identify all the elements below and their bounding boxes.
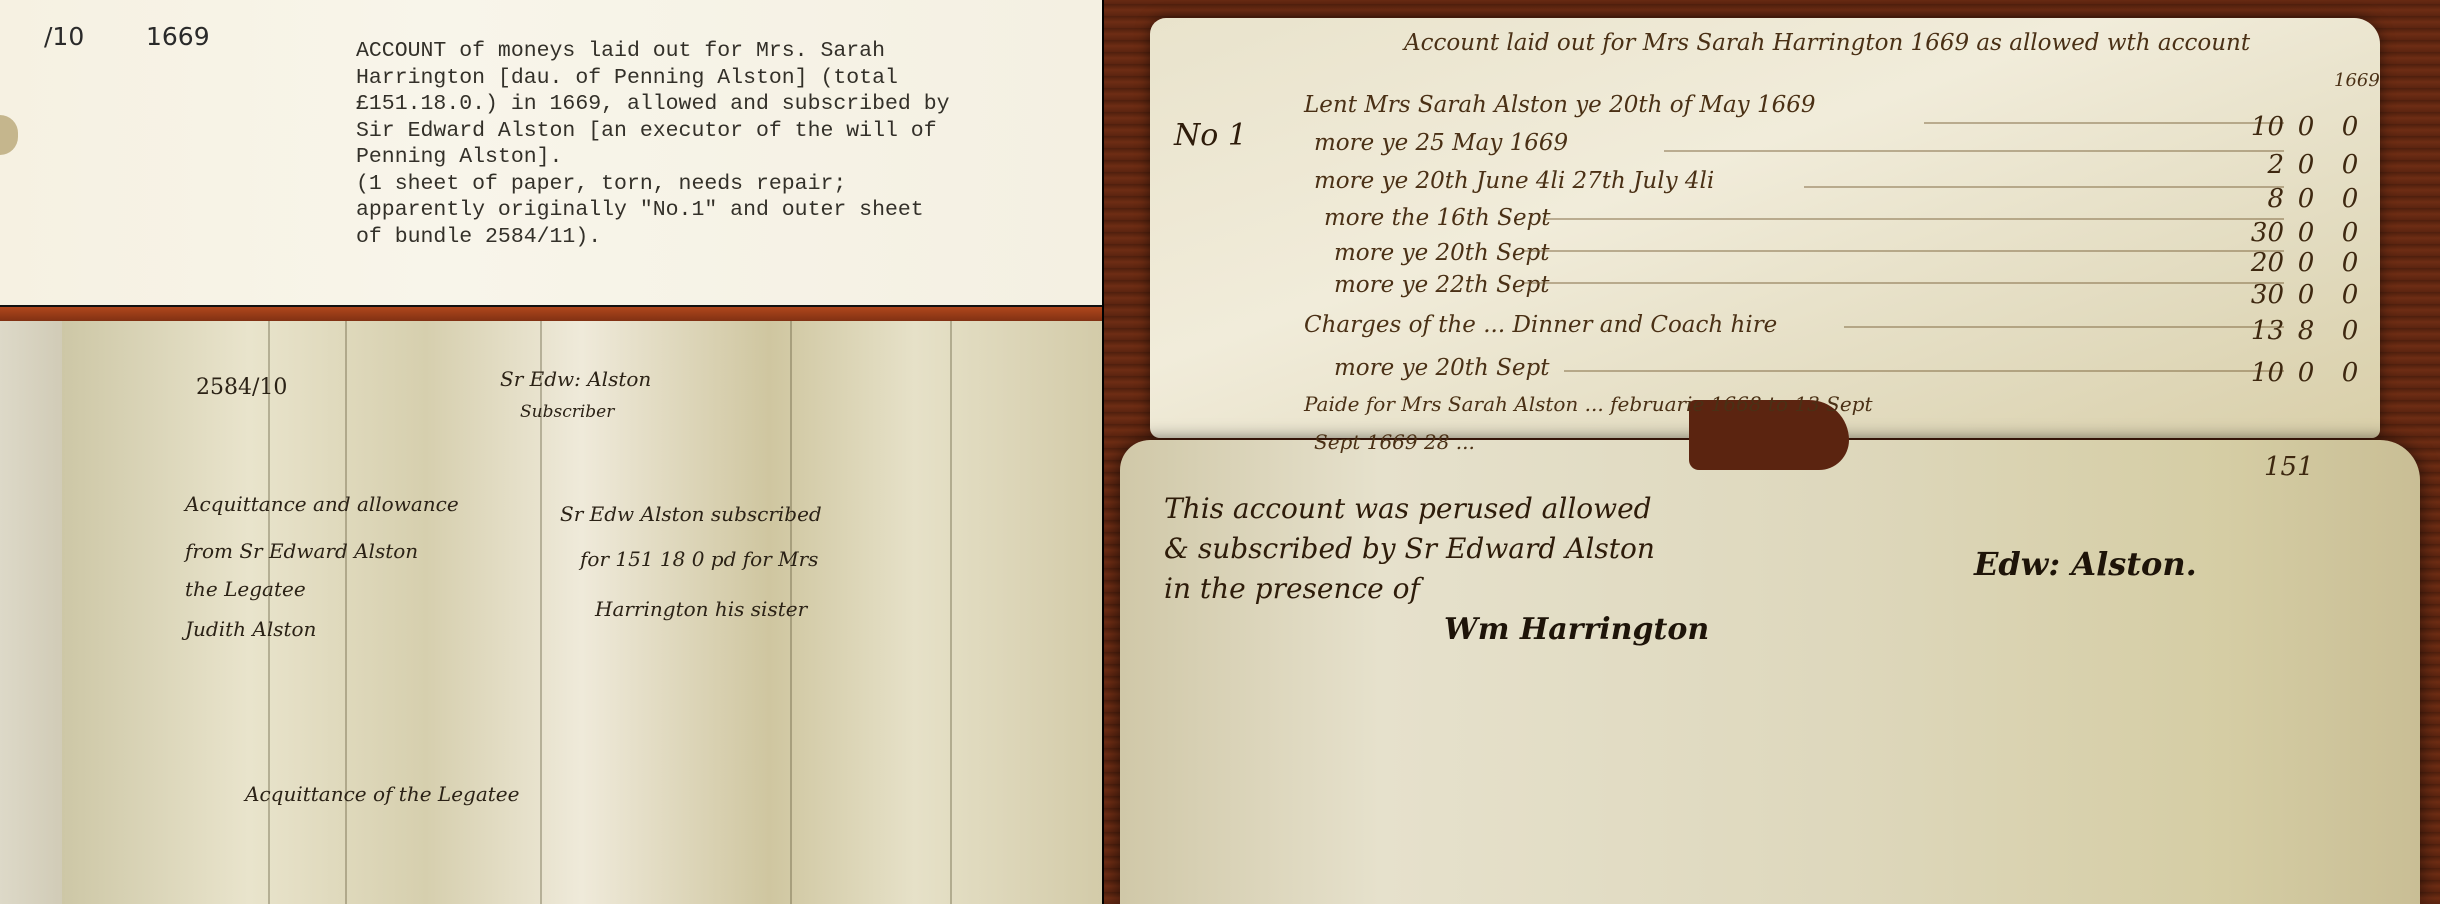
- docket-shelfmark: 2584/10: [196, 375, 287, 400]
- fold-crease: [268, 321, 270, 904]
- attestation-line: & subscribed by Sr Edward Alston: [1164, 532, 1655, 565]
- fold-crease: [345, 321, 347, 904]
- sheet-number-label: No 1: [1174, 118, 1247, 153]
- docket-left-line: the Legatee: [185, 577, 306, 601]
- manuscript-heading: Account laid out for Mrs Sarah Harringto…: [1404, 30, 2250, 56]
- docket-right-line: Harrington his sister: [595, 597, 807, 621]
- alston-signature: Edw: Alston.: [1974, 545, 2197, 583]
- docket-left-line: from Sr Edward Alston: [185, 539, 418, 563]
- amount-column-header: 1669: [2334, 70, 2380, 91]
- entry-text: Charges of the ... Dinner and Coach hire: [1304, 312, 1777, 338]
- catalogue-description: ACCOUNT of moneys laid out for Mrs. Sara…: [356, 38, 1056, 250]
- docket-left-line: Judith Alston: [185, 617, 316, 641]
- attestation-line: This account was perused allowed: [1164, 492, 1652, 525]
- catalogue-entry-card: /10 1669 ACCOUNT of moneys laid out for …: [0, 0, 1102, 305]
- entry-text: more ye 20th June 4li 27th July 4li: [1314, 168, 1714, 194]
- entry-amount: 200: [2224, 150, 2372, 180]
- entry-amount: 800: [2224, 184, 2372, 214]
- docket-right-line: Subscriber: [520, 402, 614, 422]
- docket-right-line: for 151 18 0 pd for Mrs: [580, 547, 818, 571]
- entry-text: Paide for Mrs Sarah Alston ... februarie…: [1304, 392, 1873, 416]
- attestation-line: in the presence of: [1164, 572, 1420, 605]
- manuscript-account-photo: Account laid out for Mrs Sarah Harringto…: [1104, 0, 2440, 904]
- entry-text: Sept 1669 28 ...: [1314, 430, 1475, 454]
- entry-rule: [1524, 282, 2284, 284]
- folded-docket-photo: 2584/10 Acquittance and allowance from S…: [0, 307, 1102, 904]
- entry-amount: 1380: [2224, 316, 2372, 346]
- entry-rule: [1524, 250, 2284, 252]
- entry-amount: 1000: [2224, 358, 2372, 388]
- entry-rule: [1804, 186, 2284, 188]
- entry-total: 151: [2264, 452, 2314, 482]
- entry-rule: [1564, 370, 2284, 372]
- entry-text: more ye 22th Sept: [1334, 272, 1549, 298]
- reference-number: /10: [44, 22, 84, 51]
- paper-stain: [0, 115, 18, 155]
- docket-right-line: Sr Edw Alston subscribed: [560, 502, 822, 526]
- entry-rule: [1844, 326, 2284, 328]
- entry-rule: [1664, 150, 2284, 152]
- docket-left-line: Acquittance and allowance: [185, 492, 459, 516]
- entry-text: more the 16th Sept: [1324, 205, 1551, 231]
- entry-text: more ye 20th Sept: [1334, 240, 1549, 266]
- entry-text: more ye 25 May 1669: [1314, 130, 1568, 156]
- reference-year: 1669: [146, 22, 210, 51]
- entry-text: more ye 20th Sept: [1334, 355, 1549, 381]
- entry-amount: 2000: [2224, 248, 2372, 278]
- fold-crease: [950, 321, 952, 904]
- entry-amount: 3000: [2224, 218, 2372, 248]
- entry-amount: 3000: [2224, 280, 2372, 310]
- entry-rule: [1544, 218, 2284, 220]
- docket-bottom-note: Acquittance of the Legatee: [245, 782, 519, 806]
- entry-amount: 1000: [2224, 112, 2372, 142]
- entry-text: Lent Mrs Sarah Alston ye 20th of May 166…: [1304, 92, 1816, 118]
- docket-right-line: Sr Edw: Alston: [500, 367, 651, 391]
- witness-signature: Wm Harrington: [1444, 612, 1709, 647]
